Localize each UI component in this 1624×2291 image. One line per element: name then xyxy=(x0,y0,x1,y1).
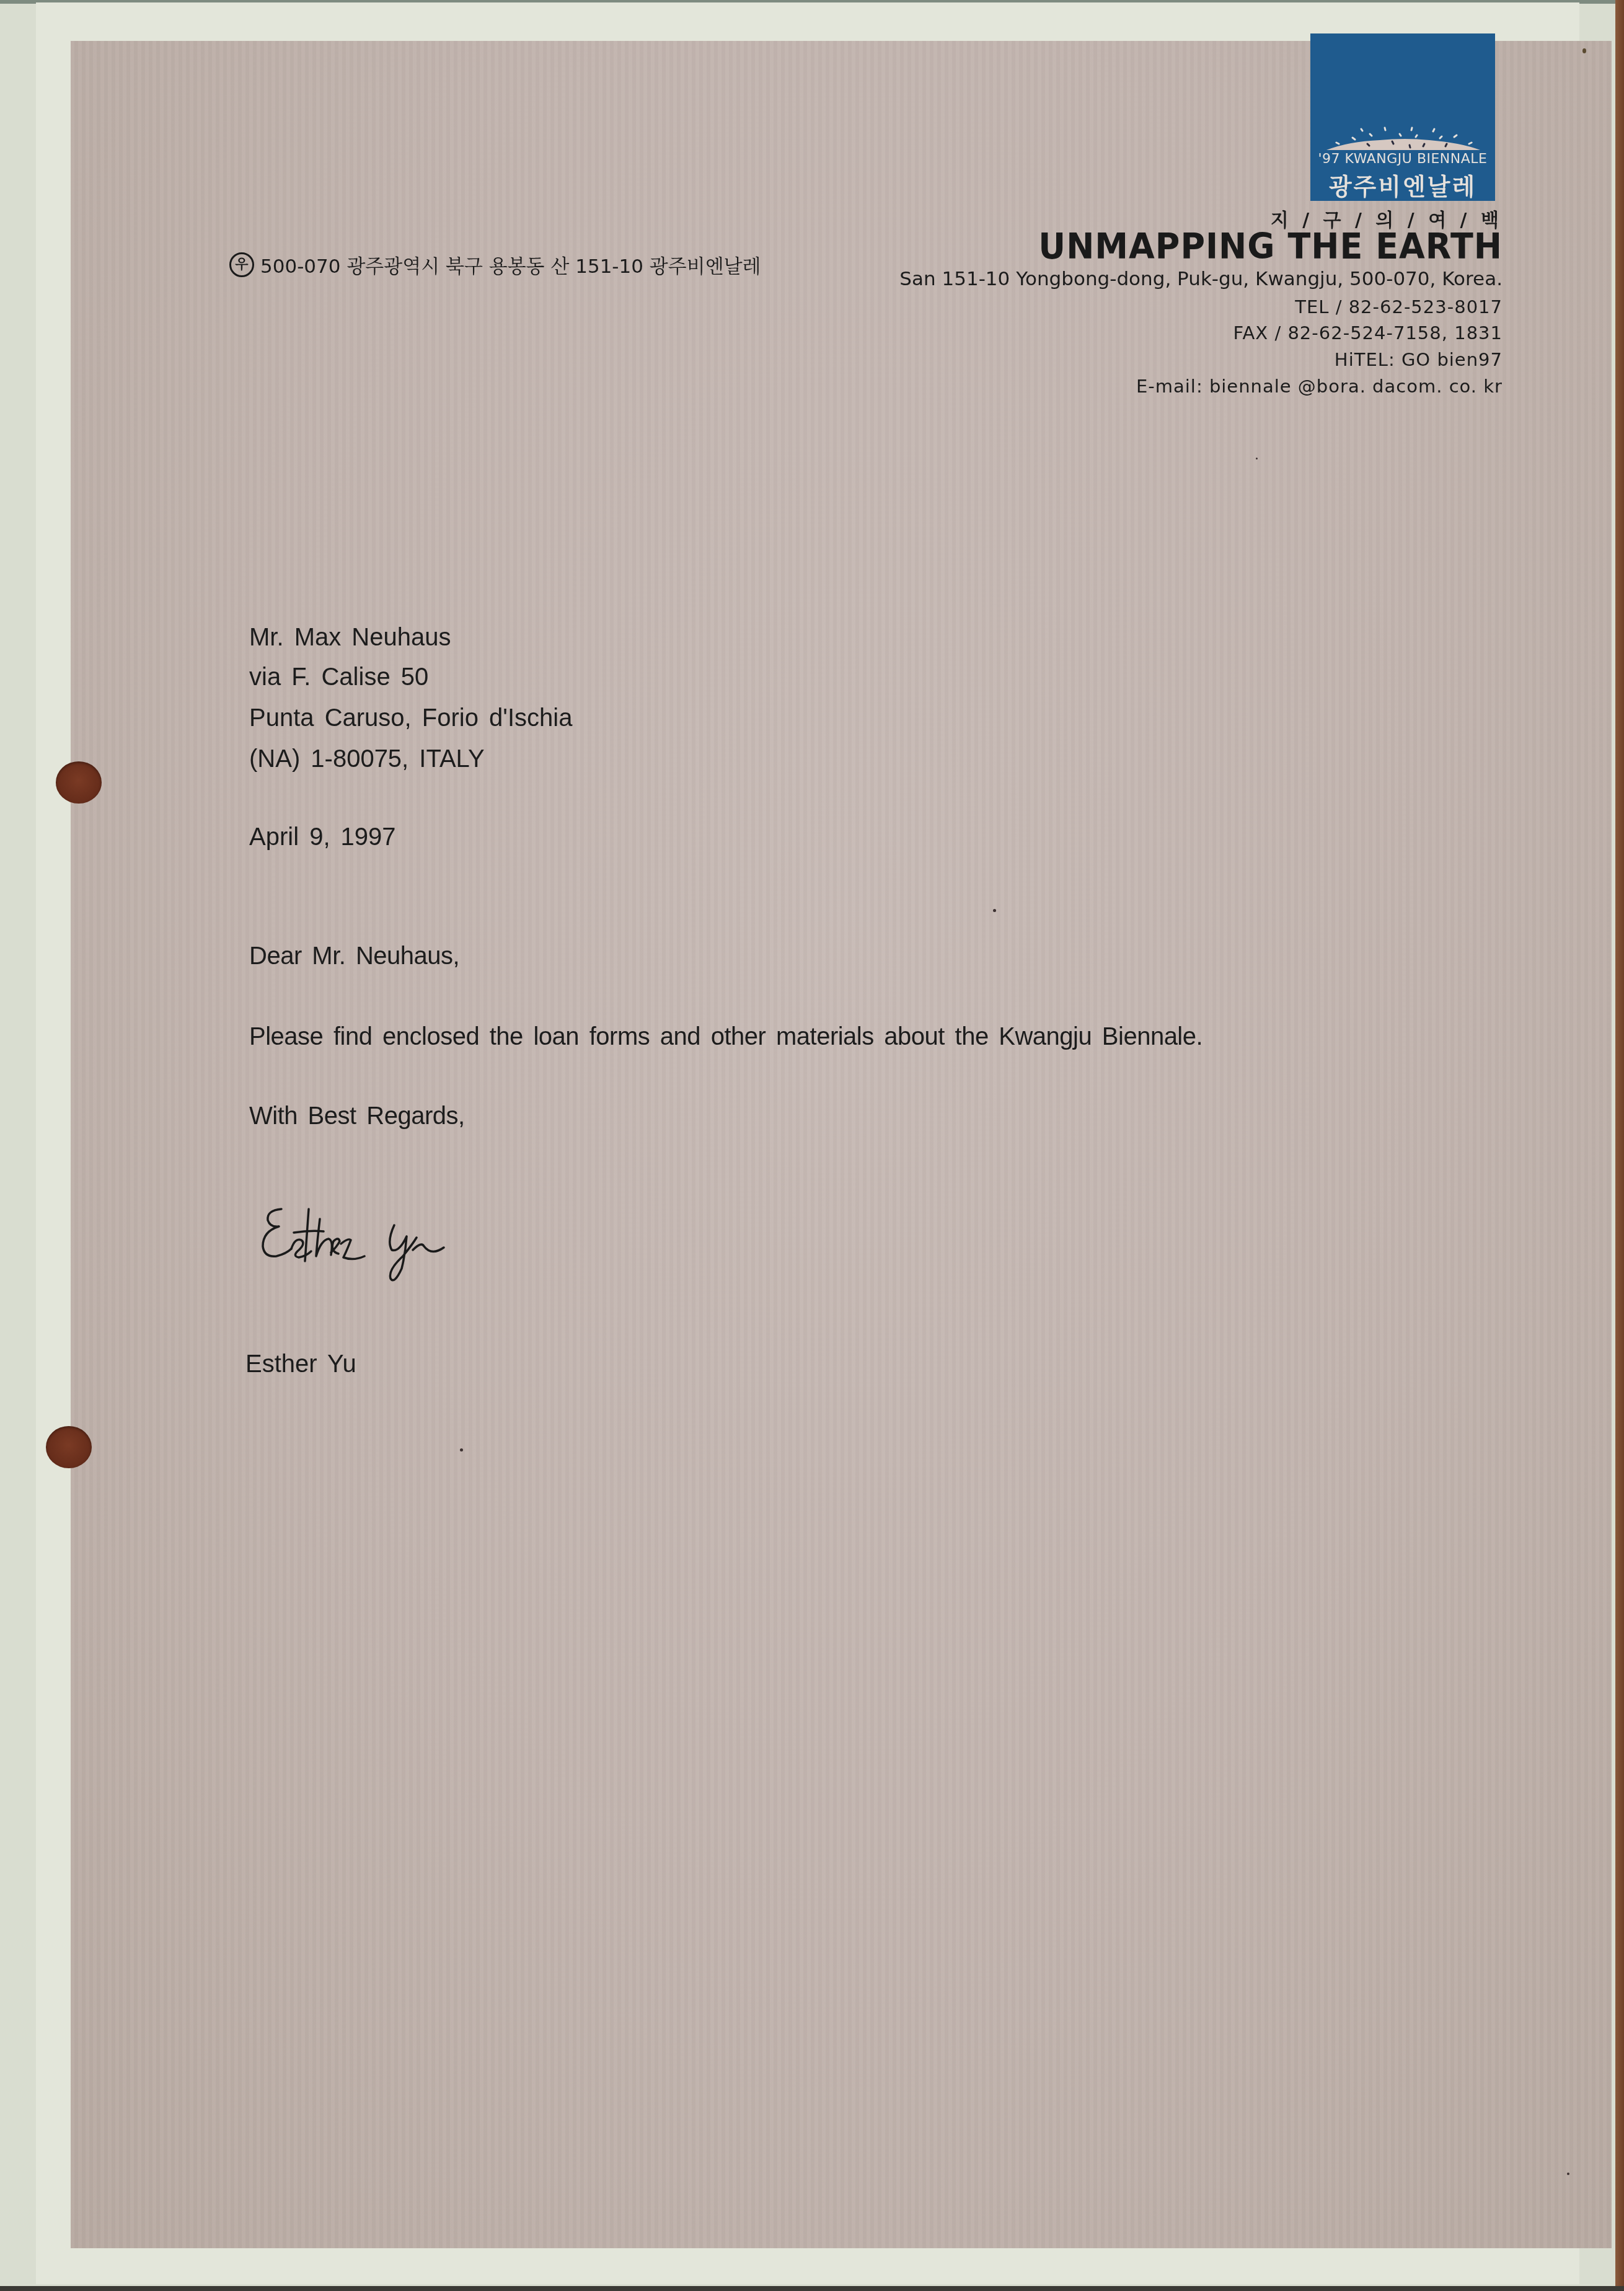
paper-speck xyxy=(1256,458,1258,459)
paper-speck xyxy=(460,1448,463,1451)
salutation: Dear Mr. Neuhaus, xyxy=(249,942,459,970)
wooden-surface-edge xyxy=(1615,0,1624,2291)
binder-hole xyxy=(46,1426,92,1468)
letterhead-email: E-mail: biennale @bora. dacom. co. kr xyxy=(1136,376,1503,397)
letter-page xyxy=(71,41,1612,2248)
letterhead-hitel: HiTEL: GO bien97 xyxy=(1335,349,1503,370)
letterhead-address-ko: 우 500-070 광주광역시 북구 용봉동 산 151-10 광주비엔날레 xyxy=(229,250,761,278)
rising-sun-over-hill-icon xyxy=(1324,126,1481,151)
address-ko: 500-070 광주광역시 북구 용봉동 산 151-10 광주비엔날레 xyxy=(260,250,761,278)
recipient-address-line-2: Punta Caruso, Forio d'Ischia xyxy=(249,704,572,732)
binder-hole xyxy=(56,761,102,804)
paper-speck xyxy=(1567,2173,1569,2175)
letterhead-fax: FAX / 82-62-524-7158, 1831 xyxy=(1233,322,1503,343)
postal-code-icon: 우 xyxy=(229,252,254,277)
photo-bottom-edge xyxy=(0,2286,1624,2291)
recipient-address-line-1: via F. Calise 50 xyxy=(249,663,428,691)
letterhead-address-en: San 151-10 Yongbong-dong, Puk-gu, Kwangj… xyxy=(899,268,1503,290)
letterhead-tel: TEL / 82-62-523-8017 xyxy=(1295,296,1503,317)
letter-date: April 9, 1997 xyxy=(249,823,396,851)
logo-title-en: '97 KWANGJU BIENNALE xyxy=(1310,151,1495,167)
letter-body: Please find enclosed the loan forms and … xyxy=(249,1023,1203,1051)
recipient-name: Mr. Max Neuhaus xyxy=(249,624,451,652)
biennale-logo: '97 KWANGJU BIENNALE 광주비엔날레 xyxy=(1310,33,1495,201)
signer-name: Esther Yu xyxy=(245,1350,356,1378)
theme-title: UNMAPPING THE EARTH xyxy=(1038,226,1503,267)
paper-speck xyxy=(993,909,996,912)
recipient-address-line-3: (NA) 1-80075, ITALY xyxy=(249,745,485,773)
closing: With Best Regards, xyxy=(249,1102,465,1130)
logo-title-ko: 광주비엔날레 xyxy=(1310,167,1495,202)
handwritten-signature-icon xyxy=(254,1197,477,1296)
paper-sheet xyxy=(36,2,1579,2284)
paper-speck xyxy=(1582,48,1586,53)
